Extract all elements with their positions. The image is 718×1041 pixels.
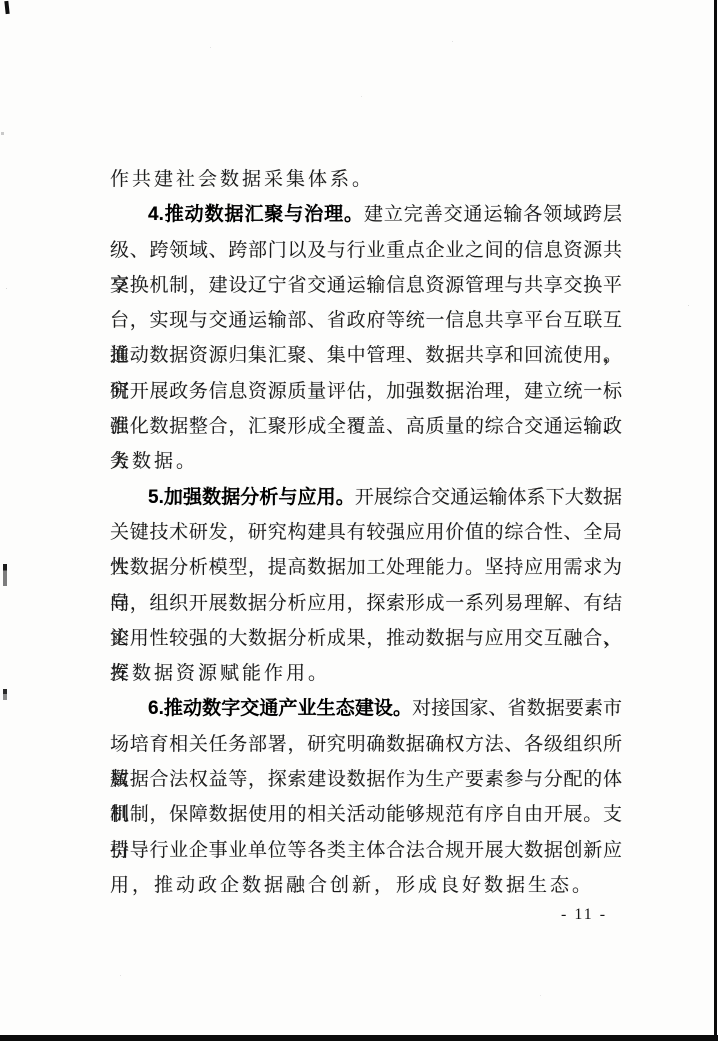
text-line: 挥数据资源赋能作用。 <box>110 656 622 691</box>
text-line: 机制，保障数据使用的相关活动能够规范有序自由开展。支持 <box>110 797 622 832</box>
text-block: 作共建社会数据采集体系。4.推动数据汇聚与治理。建立完善交通运输各领域跨层级、跨… <box>110 162 622 903</box>
text-line: 实用性较强的大数据分析成果，推动数据与应用交互融合，发 <box>110 621 622 656</box>
text-run: 用，推动政企数据融合创新，形成良好数据生态。 <box>110 875 594 896</box>
text-run: 引导行业企事业单位等各类主体合法合规开展大数据创新应 <box>110 840 622 861</box>
text-line: 引导行业企事业单位等各类主体合法合规开展大数据创新应 <box>110 833 622 868</box>
scan-border-right <box>714 0 717 1041</box>
paragraph-heading: 5.加强数据分析与应用。 <box>148 487 355 508</box>
text-line: 4.推动数据汇聚与治理。建立完善交通运输各领域跨层 <box>110 197 622 232</box>
text-line: 究开展政务信息资源质量评估，加强数据治理，建立统一标准、 <box>110 374 622 409</box>
text-line: 5.加强数据分析与应用。开展综合交通运输体系下大数据 <box>110 480 622 515</box>
scan-noise-specks <box>0 0 1 1</box>
scan-border-bottom <box>0 1035 718 1041</box>
paragraph-heading: 4.推动数据汇聚与治理。 <box>148 204 364 225</box>
scan-artifact-left-edge-2 <box>3 689 7 700</box>
text-run: 大数据。 <box>110 451 198 472</box>
scanned-document-page: 作共建社会数据采集体系。4.推动数据汇聚与治理。建立完善交通运输各领域跨层级、跨… <box>0 0 718 1041</box>
text-line: 大数据分析模型，提高数据加工处理能力。坚持应用需求为导 <box>110 550 622 585</box>
scan-artifact-left-edge-1 <box>3 564 7 586</box>
page-number: - 11 - <box>561 906 607 924</box>
text-run: 作共建社会数据采集体系。 <box>110 169 374 190</box>
text-line: 交换机制，建设辽宁省交通运输信息资源管理与共享交换平 <box>110 268 622 303</box>
text-run: 对接国家、省数据要素市 <box>412 698 622 719</box>
scan-artifact-top-left <box>4 1 9 14</box>
text-line: 推动数据资源归集汇聚、集中管理、数据共享和回流使用。研 <box>110 338 622 373</box>
text-line: 场培育相关任务部署，研究明确数据确权方法、各级组织所属 <box>110 727 622 762</box>
text-line: 级、跨领域、跨部门以及与行业重点企业之间的信息资源共享 <box>110 233 622 268</box>
text-line: 用，推动政企数据融合创新，形成良好数据生态。 <box>110 868 622 903</box>
text-run: 交换机制，建设辽宁省交通运输信息资源管理与共享交换平 <box>110 275 622 296</box>
text-run: 建立完善交通运输各领域跨层 <box>364 204 622 225</box>
text-line: 大数据。 <box>110 444 622 479</box>
text-line: 作共建社会数据采集体系。 <box>110 162 622 197</box>
text-line: 6.推动数字交通产业生态建设。对接国家、省数据要素市 <box>110 691 622 726</box>
text-line: 数据合法权益等，探索建设数据作为生产要素参与分配的体制 <box>110 762 622 797</box>
paragraph-heading: 6.推动数字交通产业生态建设。 <box>148 698 412 719</box>
text-line: 关键技术研发，研究构建具有较强应用价值的综合性、全局性 <box>110 515 622 550</box>
text-run: 挥数据资源赋能作用。 <box>110 663 330 684</box>
text-line: 向，组织开展数据分析应用，探索形成一系列易理解、有结论、 <box>110 586 622 621</box>
text-line: 台，实现与交通运输部、省政府等统一信息共享平台互联互通， <box>110 303 622 338</box>
text-line: 强化数据整合，汇聚形成全覆盖、高质量的综合交通运输政务 <box>110 409 622 444</box>
text-run: 开展综合交通运输体系下大数据 <box>355 487 622 508</box>
